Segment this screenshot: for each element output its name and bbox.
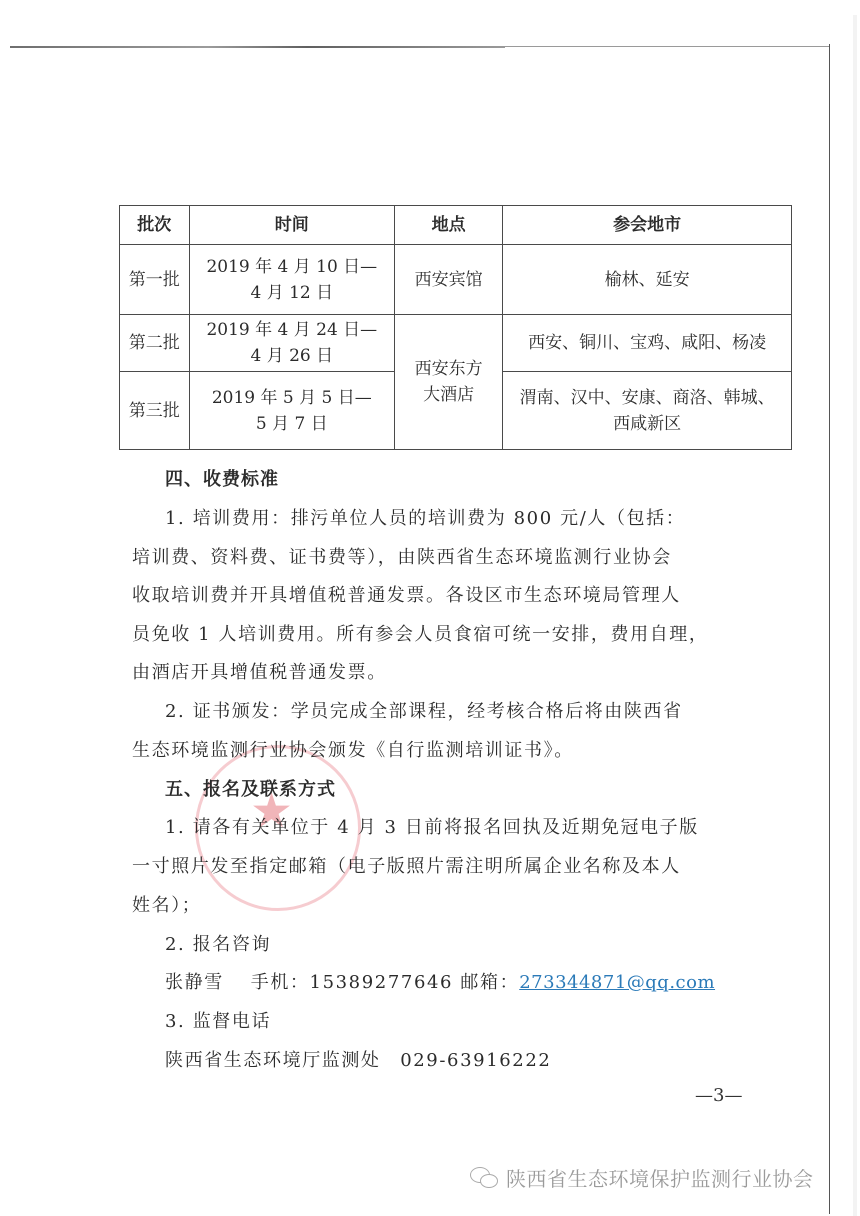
section-4-line: 收取培训费并开具增值税普通发票。各设区市生态环境局管理人 <box>132 581 681 607</box>
header-batch: 批次 <box>120 206 190 245</box>
location-line-2: 大酒店 <box>395 382 502 408</box>
header-time: 时间 <box>189 206 395 245</box>
section-5-line: 1. 请各有关单位于 4 月 3 日前将报名回执及近期免冠电子版 <box>165 813 699 839</box>
section-4-line: 培训费、资料费、证书费等），由陕西省生态环境监测行业协会 <box>132 543 672 569</box>
supervision-label: 3. 监督电话 <box>165 1007 271 1033</box>
wechat-icon <box>470 1167 500 1189</box>
table-row: 第一批 2019 年 4 月 10 日— 4 月 12 日 西安宾馆 榆林、延安 <box>120 245 792 315</box>
section-4-line: 由酒店开具增值税普通发票。 <box>132 658 387 684</box>
frame-right-line <box>829 44 830 1214</box>
page-number: —3— <box>695 1085 742 1106</box>
section-4-heading: 四、收费标准 <box>165 465 279 491</box>
cell-location: 西安宾馆 <box>395 245 503 315</box>
cell-time: 2019 年 5 月 5 日— 5 月 7 日 <box>189 372 395 450</box>
cell-location: 西安东方 大酒店 <box>395 315 503 450</box>
location-line-1: 西安东方 <box>395 356 502 382</box>
cell-batch: 第一批 <box>120 245 190 315</box>
section-4-line: 员免收 1 人培训费用。所有参会人员食宿可统一安排，费用自理， <box>132 620 709 646</box>
watermark-text: 陕西省生态环境保护监测行业协会 <box>506 1163 814 1192</box>
cell-time: 2019 年 4 月 10 日— 4 月 12 日 <box>189 245 395 315</box>
cell-cities: 渭南、汉中、安康、商洛、韩城、 西咸新区 <box>503 372 792 450</box>
contact-line: 张静雪 手机：15389277646 邮箱：273344871@qq.com <box>165 968 715 994</box>
section-5-heading: 五、报名及联系方式 <box>165 775 336 801</box>
cell-time: 2019 年 4 月 24 日— 4 月 26 日 <box>189 315 395 372</box>
section-4-line: 1. 培训费用：排污单位人员的培训费为 800 元/人（包括： <box>165 504 685 530</box>
cell-cities: 西安、铜川、宝鸡、咸阳、杨凌 <box>503 315 792 372</box>
wechat-watermark: 陕西省生态环境保护监测行业协会 <box>470 1163 814 1192</box>
time-start: 2019 年 4 月 24 日— <box>190 317 395 343</box>
supervision-phone: 陕西省生态环境厅监测处 029-63916222 <box>165 1046 551 1072</box>
section-4-line: 2. 证书颁发：学员完成全部课程，经考核合格后将由陕西省 <box>165 697 683 723</box>
top-rule-line <box>10 46 505 48</box>
time-start: 2019 年 4 月 10 日— <box>190 254 395 280</box>
time-start: 2019 年 5 月 5 日— <box>190 385 395 411</box>
table-header-row: 批次 时间 地点 参会地市 <box>120 206 792 245</box>
table-row: 第二批 2019 年 4 月 24 日— 4 月 26 日 西安东方 大酒店 西… <box>120 315 792 372</box>
cell-batch: 第二批 <box>120 315 190 372</box>
section-5-line: 姓名）； <box>132 891 201 917</box>
cell-cities: 榆林、延安 <box>503 245 792 315</box>
time-end: 4 月 26 日 <box>190 343 395 369</box>
contact-email-link[interactable]: 273344871@qq.com <box>519 972 715 993</box>
section-5-line: 一寸照片发至指定邮箱（电子版照片需注明所属企业名称及本人 <box>132 852 681 878</box>
training-batches-table: 批次 时间 地点 参会地市 第一批 2019 年 4 月 10 日— 4 月 1… <box>119 205 792 450</box>
contact-info: 张静雪 手机：15389277646 邮箱： <box>165 972 519 993</box>
time-end: 4 月 12 日 <box>190 280 395 306</box>
cities-line-1: 渭南、汉中、安康、商洛、韩城、 <box>503 385 791 411</box>
section-4-line: 生态环境监测行业协会颁发《自行监测培训证书》。 <box>132 736 574 762</box>
section-5-line: 2. 报名咨询 <box>165 930 271 956</box>
header-location: 地点 <box>395 206 503 245</box>
frame-top-line <box>505 46 830 47</box>
cities-line-2: 西咸新区 <box>503 411 791 437</box>
page-edge-shadow <box>853 15 857 1216</box>
cell-batch: 第三批 <box>120 372 190 450</box>
time-end: 5 月 7 日 <box>190 411 395 437</box>
header-cities: 参会地市 <box>503 206 792 245</box>
